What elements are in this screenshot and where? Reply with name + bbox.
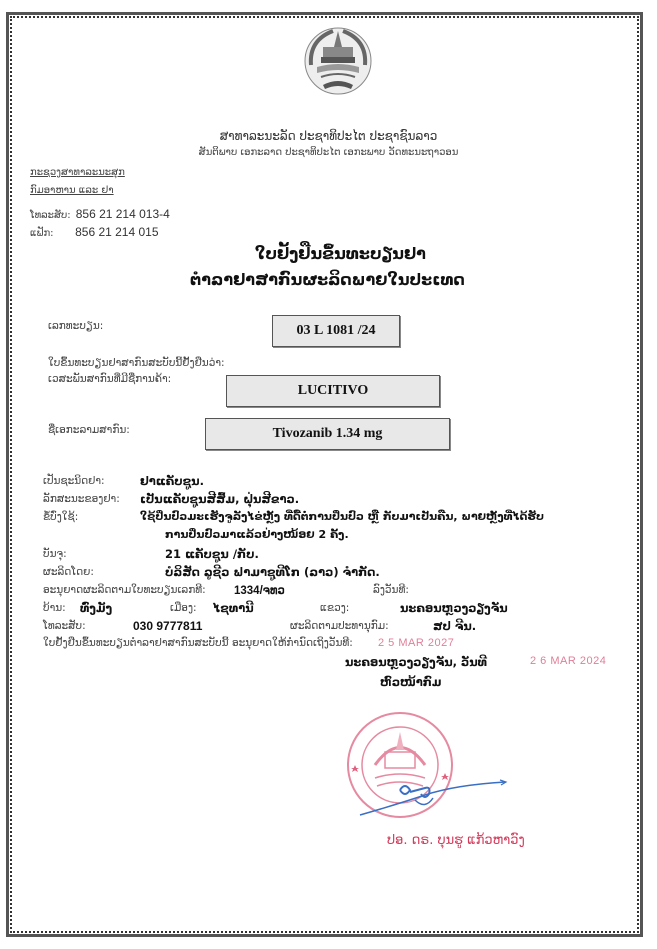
district-value: ໄຊທານີ (213, 601, 254, 615)
national-motto: ສັນຕິພາບ ເອກະລາດ ປະຊາທິປະໄຕ ເອກະພາບ ວັດທ… (0, 147, 657, 158)
district-label: ເມືອງ: (170, 602, 197, 614)
indication-label: ຂໍ້ບົ່ງໃຊ້: (43, 511, 78, 523)
lao-emblem-icon (303, 25, 373, 97)
pack-value: 21 ແຄັບຊູນ /ກັບ. (165, 547, 259, 561)
brand-name-label: ເວສະພັນສາກົນທີ່ມີຊື່ການຄ້າ: (48, 373, 171, 385)
department-name: ກົມອາຫານ ແລະ ຢາ (30, 185, 114, 196)
form-value: ຢາແຄັບຊູນ. (140, 474, 204, 488)
appearance-value: ເປັນແຄັບຊູນສີສົ້ມ, ຝຸ່ນສີຂາວ. (140, 492, 299, 506)
tel-value: 030 9777811 (133, 619, 202, 633)
registration-intro: ໃບຂຶ້ນທະບຽນຢາສາກົນສະບັບນີ້ຢັ້ງຢືນວ່າ: (48, 357, 225, 369)
village-value: ທົ່ງມັງ (80, 601, 112, 615)
license-date-label: ລົງວັນທີ: (373, 584, 409, 596)
generic-name-box: Tivozanib 1.34 mg (205, 418, 450, 450)
title-line-1: ໃບຢັ້ງຢືນຂຶ້ນທະບຽນຢາ (255, 244, 426, 263)
pack-label: ບັນຈຸ: (43, 548, 67, 560)
village-label: ບ້ານ: (43, 602, 66, 614)
signature-icon (355, 770, 515, 820)
title-line-2: ຕໍາລາຢາສາກົນຜະລິດພາຍໃນປະເທດ (190, 270, 465, 289)
license-value: 1334/ຈທວ (234, 583, 285, 597)
province-label: ແຂວງ: (320, 602, 349, 614)
form-label: ເປັນຊະນິດຢາ: (43, 475, 105, 487)
issuer-phone-row: ໂທລະສັບ: 856 21 214 013-4 (30, 203, 170, 222)
phone-value: 856 21 214 013-4 (76, 207, 170, 221)
phone-label: ໂທລະສັບ: (30, 210, 71, 221)
fax-label: ແຟັກ: (30, 228, 70, 239)
origin-value: ສປ ຈີນ. (433, 619, 476, 633)
signatory-name: ປອ. ດຣ. ບຸນຮູ ແກ້ວຫາວົງ (387, 833, 525, 848)
appearance-label: ລັກສະນະຂອງຢາ: (43, 493, 120, 505)
manufacturer-value: ບໍລິສັດ ລູຊີວ ຟາມາຊູທີໂກ (ລາວ) ຈໍາກັດ. (165, 565, 380, 579)
registration-number-label: ເລກທະບຽນ: (48, 320, 103, 332)
signatory-title: ຫົວໜ້າກົມ (380, 675, 441, 689)
registration-number-box: 03 L 1081 /24 (272, 315, 400, 347)
ministry-name: ກະຊວງສາທາລະນະສຸກ (30, 167, 125, 178)
issuer-fax-row: ແຟັກ: 856 21 214 015 (30, 221, 159, 240)
validity-text: ໃບຢັ້ງຢືນຂຶ້ນທະບຽນຕໍາລາຢາສາກົນສະບັບນີ້ ອ… (43, 637, 353, 649)
expiry-date-stamp: 2 5 MAR 2027 (378, 637, 454, 649)
indication-value-line2: ການປິ່ນປົວມາແລ້ວຢ່າງໜ້ອຍ 2 ຄັ້ງ. (165, 528, 349, 541)
country-name: ສາທາລະນະລັດ ປະຊາທິປະໄຕ ປະຊາຊົນລາວ (0, 129, 657, 143)
province-value: ນະຄອນຫຼວງວຽງຈັນ (400, 601, 508, 615)
origin-label: ຜະລິດຕາມປະທານຸກົມ: (290, 620, 389, 632)
fax-value: 856 21 214 015 (75, 225, 158, 239)
license-label: ອະນຸຍາດຜະລິດຕາມໃບທະບຽນເລກທີ: (43, 584, 206, 596)
brand-name-box: LUCITIVO (226, 375, 440, 407)
issue-date-stamp: 2 6 MAR 2024 (530, 655, 606, 667)
place-date-text: ນະຄອນຫຼວງວຽງຈັນ, ວັນທີ (345, 655, 487, 669)
manufacturer-label: ຜະລິດໂດຍ: (43, 566, 94, 578)
generic-name-label: ຊື່ເອກະລາມສາກົນ: (48, 424, 130, 436)
indication-value-line1: ໃຊ້ປິ່ນປົວມະເຮັງຈູລັງໄຂ່ຫຼັງ ທີ່ດື້ຕໍ່ກາ… (140, 510, 544, 523)
tel-label: ໂທລະສັບ: (43, 620, 86, 632)
